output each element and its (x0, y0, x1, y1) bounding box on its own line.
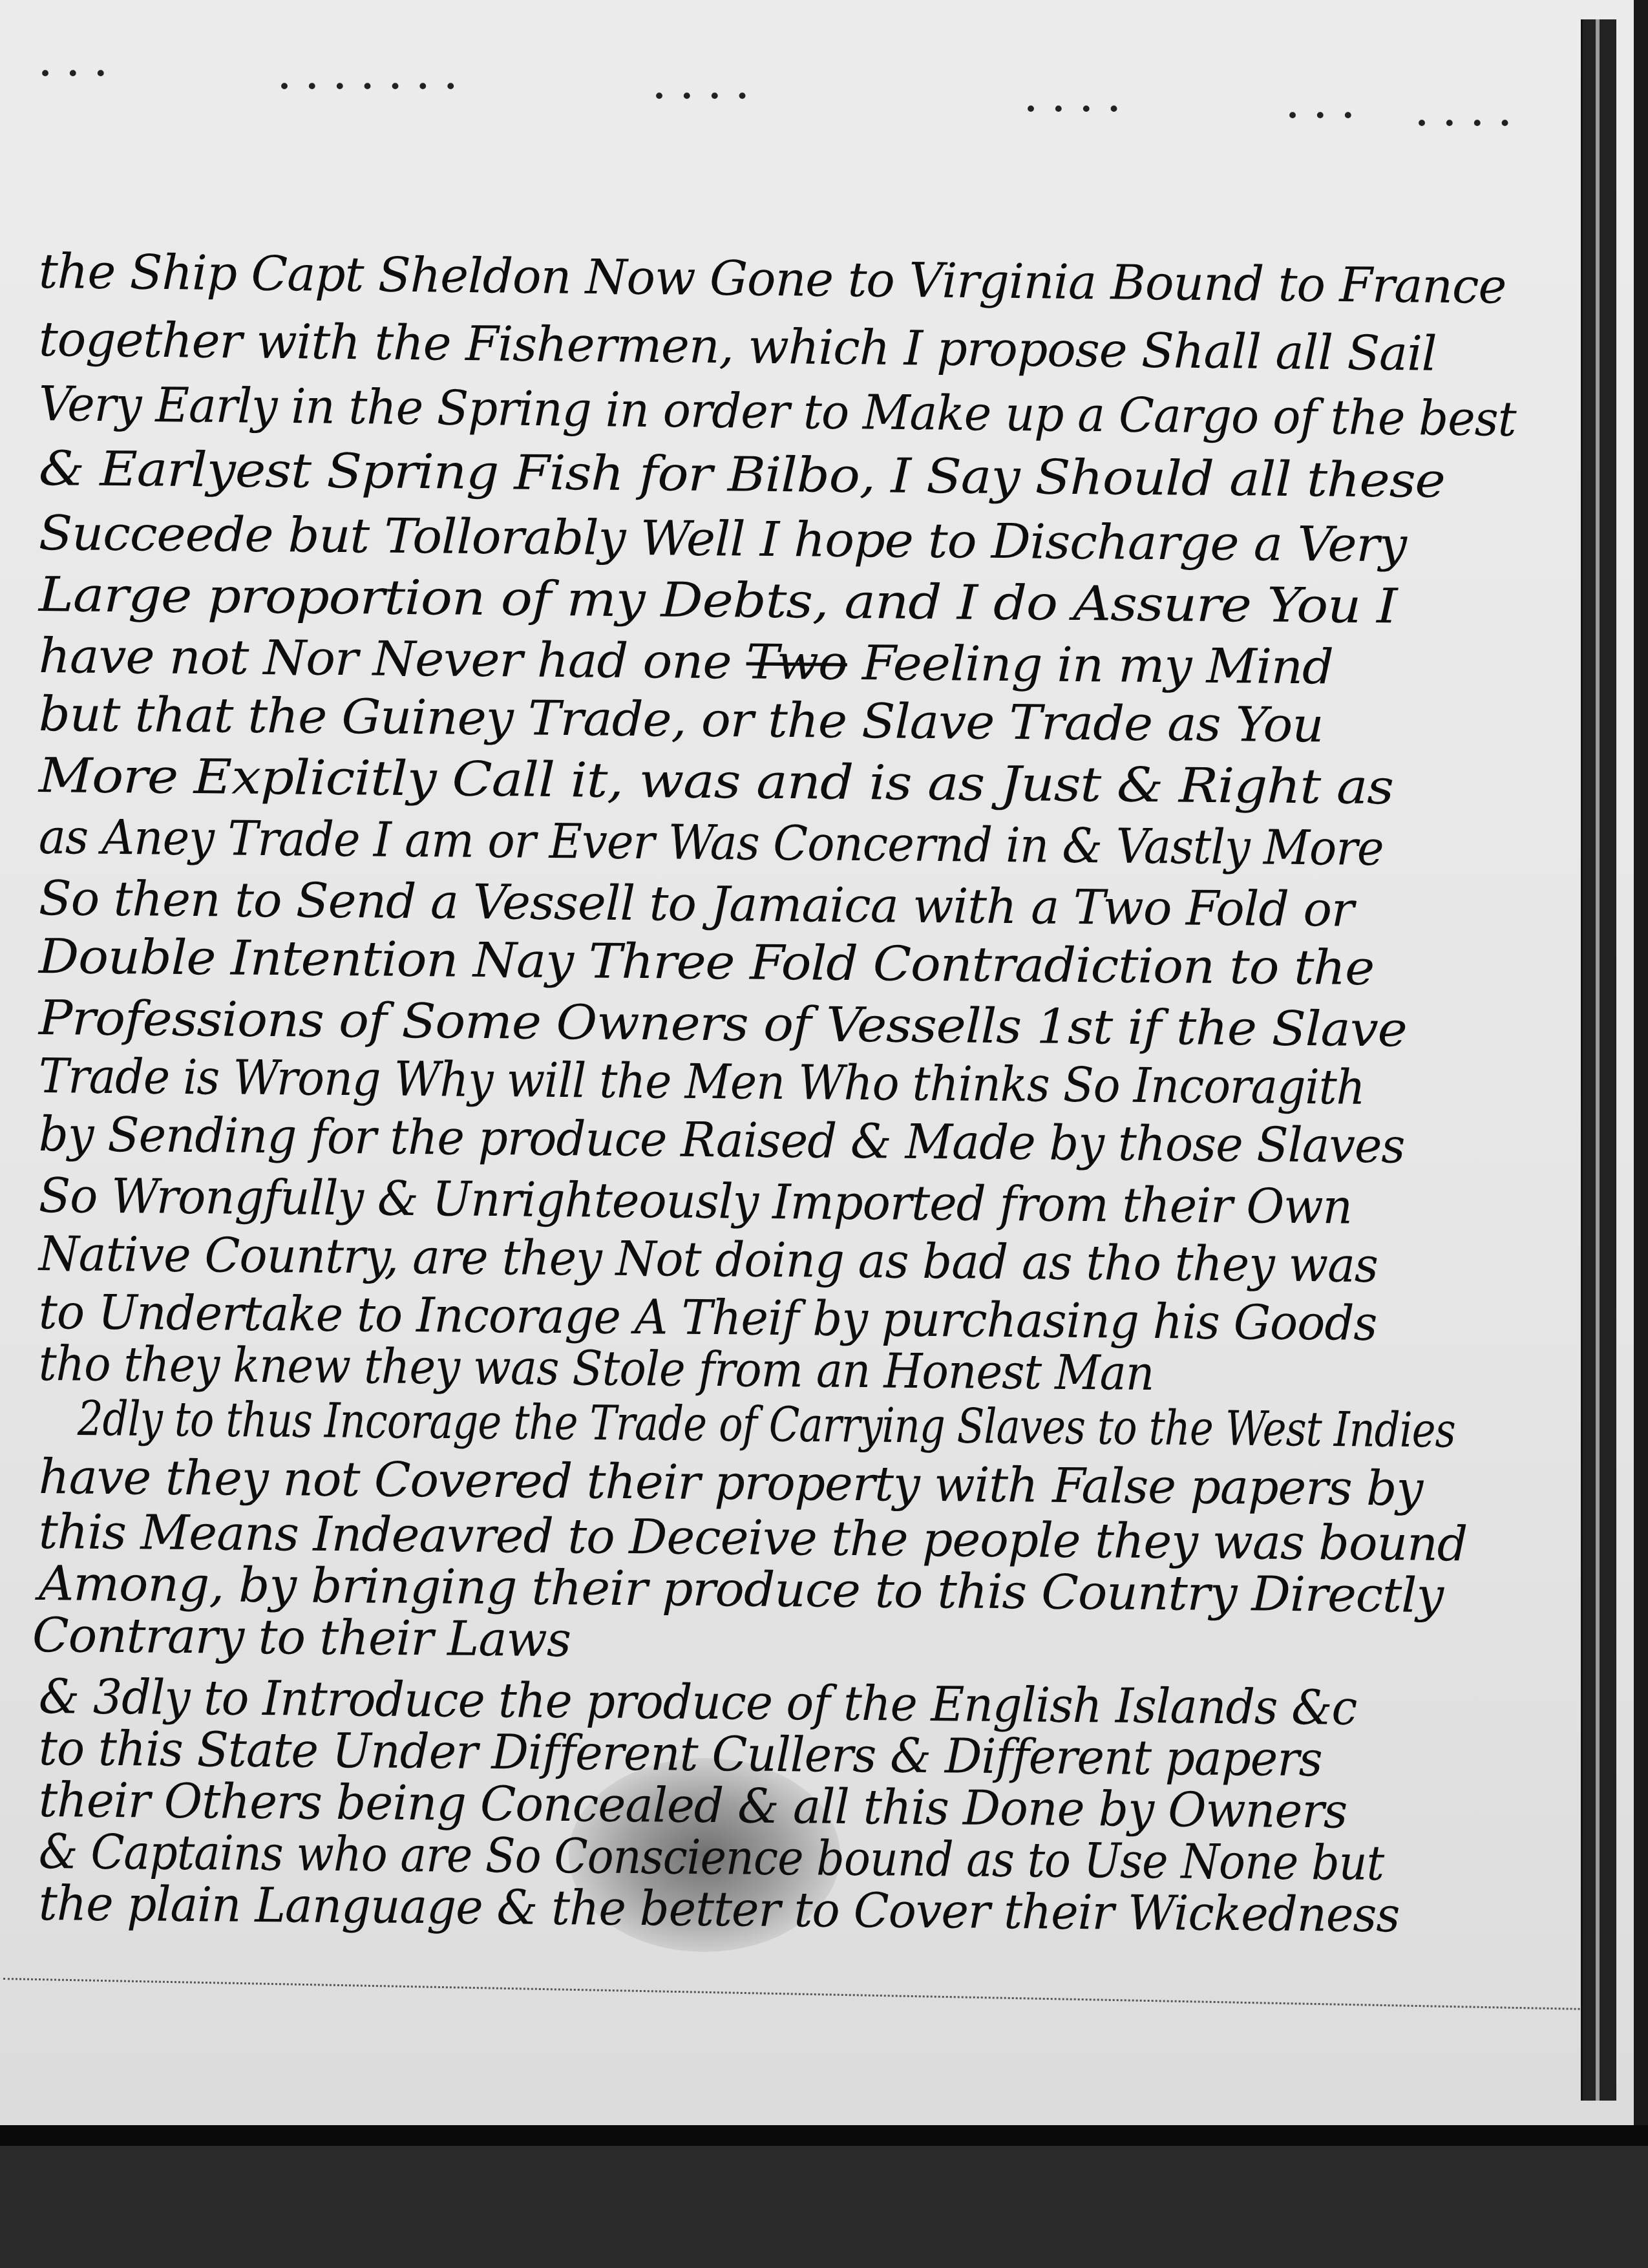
struck-word: Two (746, 635, 847, 691)
text-line: Large proportion of my Debts, and I do A… (39, 566, 1397, 635)
page-right-edge (1634, 0, 1648, 2125)
text-line: Very Early in the Spring in order to Mak… (39, 375, 1516, 449)
line-text: Feeling in my Mind (847, 635, 1333, 695)
binding-gap (1596, 19, 1600, 2101)
scan-edge-band (0, 2125, 1648, 2146)
text-line: the plain Language & the better to Cover… (39, 1874, 1400, 1944)
text-line: the Ship Capt Sheldon Now Gone to Virgin… (39, 242, 1506, 316)
text-line: Succeede but Tollorably Well I hope to D… (39, 504, 1407, 574)
text-line: 2dly to thus Incorage the Trade of Carry… (78, 1390, 1456, 1460)
text-line: More Explicitly Call it, was and is as J… (39, 747, 1394, 816)
handwritten-text: the Ship Capt Sheldon Now Gone to Virgin… (39, 0, 1564, 2068)
text-line: So then to Send a Vessell to Jamaica wit… (39, 869, 1354, 939)
text-line: have not Nor Never had one Two Feeling i… (39, 627, 1334, 696)
text-line: but that the Guiney Trade, or the Slave … (39, 685, 1324, 754)
text-line: as Aney Trade I am or Ever Was Concernd … (39, 808, 1384, 878)
text-line: together with the Fishermen, which I pro… (39, 310, 1437, 383)
binding-edge-bar (1581, 19, 1616, 2101)
text-line: So Wrongfully & Unrighteously Imported f… (39, 1167, 1353, 1236)
text-line: Double Intention Nay Three Fold Contradi… (39, 927, 1375, 997)
text-line: Contrary to their Laws (32, 1606, 571, 1669)
scanner-background (0, 2146, 1648, 2268)
manuscript-page: • • • • • • • • • • • • • • • • • • • • … (0, 0, 1648, 2125)
text-line: & Earlyest Spring Fish for Bilbo, I Say … (39, 440, 1446, 510)
line-text: have not Nor Never had one (39, 628, 746, 690)
text-line: by Sending for the produce Raised & Made… (39, 1105, 1405, 1175)
